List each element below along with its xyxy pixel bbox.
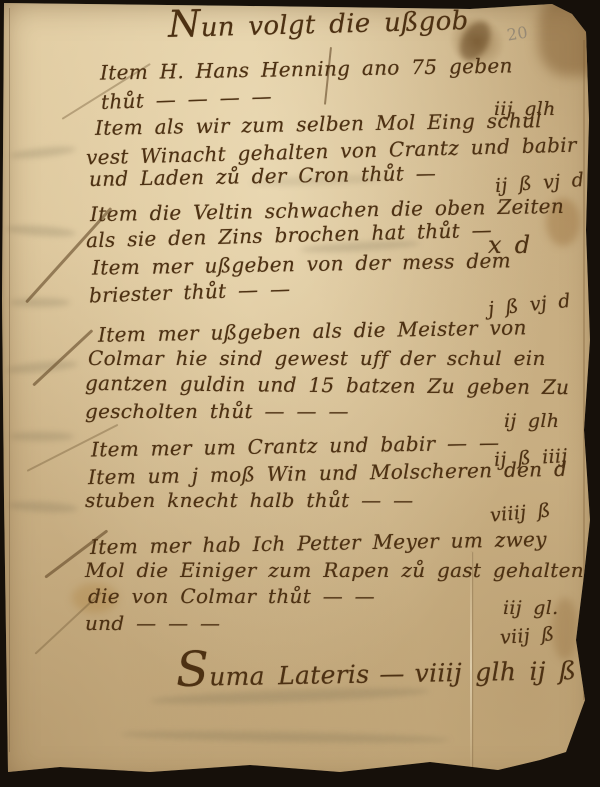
cancellation-stroke	[32, 329, 93, 386]
entry-line: und — — —	[85, 611, 220, 635]
entry-amount: iij gl.	[503, 596, 558, 620]
sum-amount: viiij glh ij ß 6 d	[414, 655, 600, 688]
page-edge-line	[9, 8, 10, 752]
entry-line: Item mer ußgeben von der mess dem	[92, 248, 511, 279]
entry-line: Item mer hab Ich Petter Meyer um zwey	[90, 527, 547, 559]
entry-line: Item H. Hans Henning ano 75 geben	[100, 53, 513, 84]
page-number-pencil: 20	[505, 21, 529, 48]
entry-line: Item um j moß Win und Molscheren den d	[88, 457, 568, 489]
corner-stain	[538, 0, 600, 76]
entry-amount: ij glh	[504, 409, 559, 433]
bleedthrough-mark	[10, 432, 74, 441]
entry-line: Colmar hie sind gewest uff der schul ein	[88, 346, 546, 370]
sum-label: Suma Lateris	[176, 657, 370, 690]
entry-amount: viij ß	[499, 622, 555, 650]
entry-line: Item mer um Crantz und babir — —	[91, 430, 500, 461]
crease-line	[583, 40, 585, 700]
manuscript-scan: Nun volgt die ußgob 20 Item H. Hans Henn…	[0, 0, 600, 787]
entry-line: gantzen guldin und 15 batzen Zu geben Zu	[85, 371, 570, 399]
bleedthrough-mark	[6, 224, 77, 239]
entry-line: gescholten thůt — — —	[85, 399, 349, 423]
page-heading: Nun volgt die ußgob	[168, 5, 469, 41]
bleedthrough-mark	[10, 145, 77, 161]
bleedthrough-mark	[10, 298, 70, 307]
entry-amount: viiij ß	[489, 498, 552, 527]
bleedthrough-mark	[6, 359, 79, 375]
sum-line: Suma Lateris—viiij glh ij ß 6 d	[176, 652, 600, 690]
entry-line: Mol die Einiger zum Rapen zů gast gehalt…	[85, 558, 584, 582]
entry-line: Item mer ußgeben als die Meister von	[98, 315, 527, 346]
bleedthrough-mark	[8, 500, 78, 514]
bleedthrough-mark	[120, 729, 450, 745]
entry-line: thůt — — — —	[101, 84, 273, 114]
entry-line: die von Colmar thůt — —	[88, 584, 375, 608]
parchment-page: Nun volgt die ußgob 20 Item H. Hans Henn…	[0, 0, 600, 787]
entry-line: und Laden zů der Cron thůt —	[89, 161, 436, 191]
entry-line: briester thůt — —	[89, 276, 291, 307]
entry-line: stuben knecht halb thůt — —	[85, 488, 413, 512]
sum-separator: —	[379, 659, 405, 688]
